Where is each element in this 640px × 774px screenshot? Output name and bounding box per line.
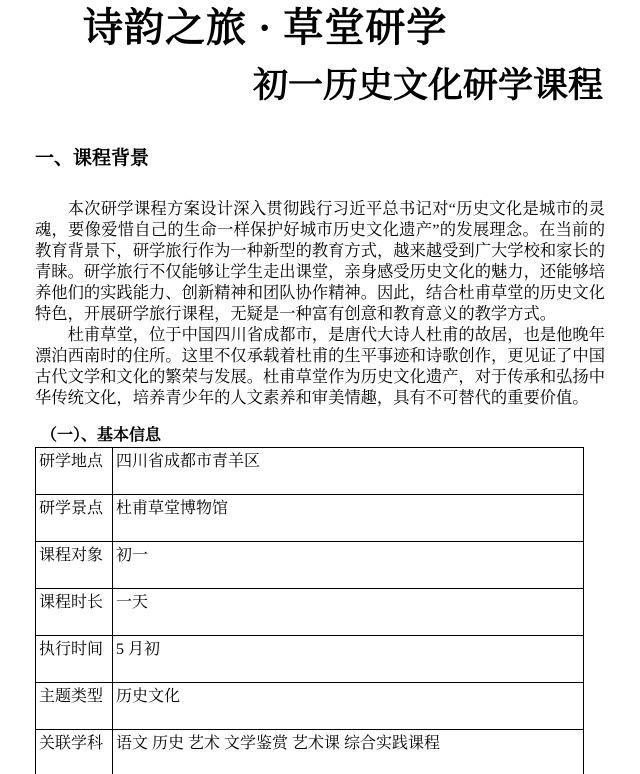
row-label-execution-time: 执行时间: [36, 636, 113, 683]
row-label-theme-type: 主题类型: [36, 683, 113, 730]
row-value-theme-type: 历史文化: [113, 683, 584, 730]
subsection-heading-basic-info: （一）、基本信息: [41, 425, 605, 446]
info-row-target-grade: 课程对象 初一: [36, 542, 584, 589]
section-heading-course-background: 一、课程背景: [35, 146, 605, 172]
document-page: 诗韵之旅 · 草堂研学 初一历史文化研学课程 一、课程背景 本次研学课程方案设计…: [0, 0, 640, 774]
row-label-duration: 课程时长: [36, 589, 113, 636]
row-value-duration: 一天: [113, 589, 584, 636]
paragraph-course-background-2: 杜甫草堂，位于中国四川省成都市，是唐代大诗人杜甫的故居，也是他晚年漂泊西南时的住…: [35, 324, 605, 408]
info-row-duration: 课程时长 一天: [36, 589, 584, 636]
info-row-location: 研学地点 四川省成都市青羊区: [36, 448, 584, 495]
paragraph-course-background-1: 本次研学课程方案设计深入贯彻践行习近平总书记对“历史文化是城市的灵魂，要像爱惜自…: [35, 198, 605, 324]
document-title: 诗韵之旅 · 草堂研学: [83, 3, 605, 53]
document-subtitle: 初一历史文化研学课程: [35, 65, 603, 106]
basic-info-table: 研学地点 四川省成都市青羊区 研学景点 杜甫草堂博物馆 课程对象 初一 课程时长…: [35, 447, 584, 774]
row-label-location: 研学地点: [36, 448, 113, 495]
info-row-scenic-spot: 研学景点 杜甫草堂博物馆: [36, 495, 584, 542]
row-value-location: 四川省成都市青羊区: [113, 448, 584, 495]
info-row-execution-time: 执行时间 5 月初: [36, 636, 584, 683]
row-value-scenic-spot: 杜甫草堂博物馆: [113, 495, 584, 542]
basic-info-table-body: 研学地点 四川省成都市青羊区 研学景点 杜甫草堂博物馆 课程对象 初一 课程时长…: [36, 448, 584, 774]
info-row-related-subjects: 关联学科 语文 历史 艺术 文学鉴赏 艺术课 综合实践课程: [36, 730, 584, 774]
row-label-target-grade: 课程对象: [36, 542, 113, 589]
info-row-theme-type: 主题类型 历史文化: [36, 683, 584, 730]
row-label-related-subjects: 关联学科: [36, 730, 113, 774]
row-value-target-grade: 初一: [113, 542, 584, 589]
row-label-scenic-spot: 研学景点: [36, 495, 113, 542]
row-value-related-subjects: 语文 历史 艺术 文学鉴赏 艺术课 综合实践课程: [113, 730, 584, 774]
row-value-execution-time: 5 月初: [113, 636, 584, 683]
